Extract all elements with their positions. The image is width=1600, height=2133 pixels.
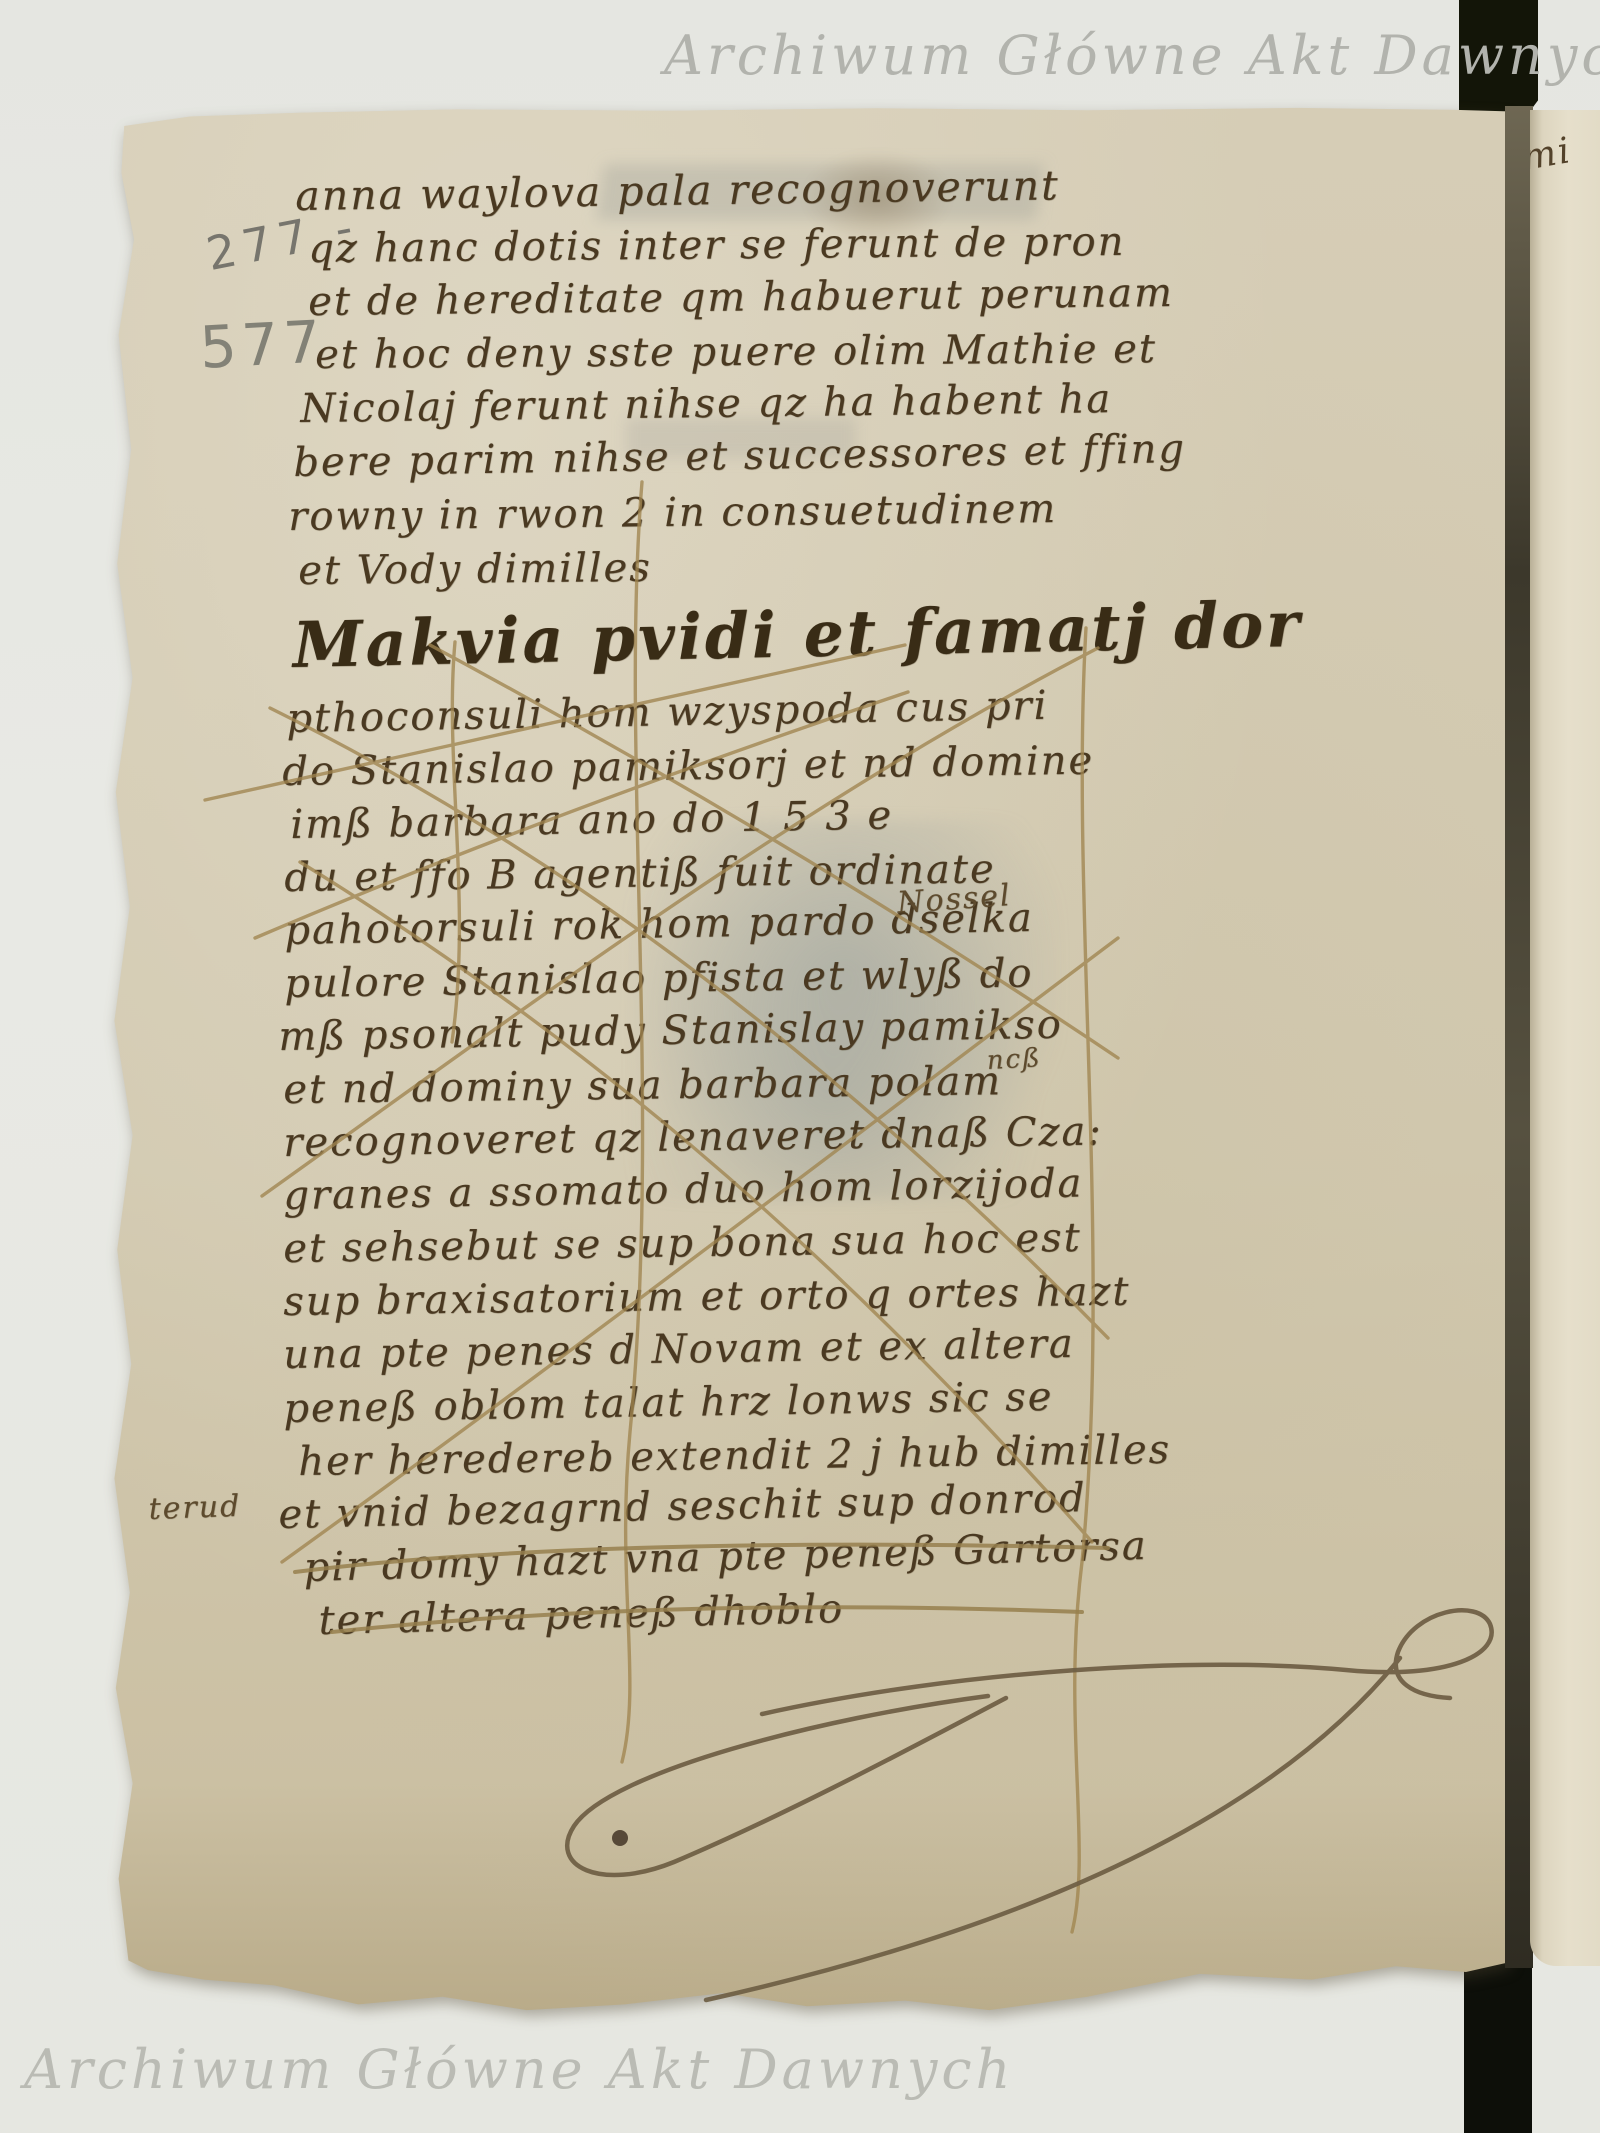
adjacent-page-text-fragment: mi — [1530, 130, 1575, 179]
book-gutter — [1505, 106, 1533, 1968]
adjacent-page-edge: mi — [1530, 110, 1600, 1966]
manuscript-line: et hoc deny sste puere olim Mathie et — [315, 326, 1157, 378]
manuscript-line: sup braxisatorium et orto q ortes hazt — [283, 1269, 1131, 1325]
manuscript-line: et nd dominy sua barbara polam — [283, 1058, 1002, 1113]
interlinear-insertion: ncß — [986, 1043, 1042, 1076]
manuscript-line: peneß oblom talat hrz lonws sic se — [283, 1374, 1054, 1432]
scanned-document: Archiwum Główne Akt Dawnych 277 - 577 an… — [0, 0, 1600, 2133]
manuscript-line: qz hanc dotis inter se ferunt de pron — [308, 219, 1126, 272]
archive-watermark-bottom: Archiwum Główne Akt Dawnych — [24, 2038, 1014, 2101]
manuscript-line: ter altera peneß dhoblo — [318, 1586, 845, 1644]
manuscript-line: du et ffo B agentiß fuit ordinate — [284, 846, 996, 901]
manuscript-line: anna waylova pala recognoverunt — [295, 161, 1060, 220]
manuscript-line: imß barbara ano do 1 5 3 e — [290, 793, 893, 848]
manuscript-line: Nicolaj ferunt nihse qz ha habent ha — [300, 376, 1112, 432]
manuscript-line: granes a ssomato duo hom lorzijoda — [283, 1160, 1084, 1219]
manuscript-page: 277 - 577 anna waylova pala recognoverun… — [106, 106, 1508, 2012]
marginal-note: terud — [148, 1489, 242, 1527]
black-ribbon-bottom — [1464, 1956, 1532, 2133]
manuscript-text-block: anna waylova pala recognoveruntqz hanc d… — [106, 106, 1508, 2012]
manuscript-line: do Stanislao pamiksorj et nd domine — [282, 738, 1094, 795]
manuscript-line: recognoveret qz lenaveret dnaß Cza: — [283, 1109, 1103, 1166]
manuscript-line: pulore Stanislao pfista et wlyß do — [284, 951, 1034, 1007]
manuscript-line: rowny in rwon 2 in consuetudinem — [288, 486, 1057, 540]
manuscript-line: et Vody dimilles — [298, 545, 652, 594]
entry-heading: Makvia pvidi et famatj dor — [292, 587, 1303, 682]
manuscript-line: una pte penes d Novam et ex altera — [283, 1321, 1075, 1378]
manuscript-line: mß psonalt pudy Stanislay pamikso — [278, 1002, 1063, 1060]
manuscript-line: et sehsebut se sup bona sua hoc est — [283, 1215, 1082, 1272]
manuscript-line: et de hereditate qm habuerut perunam — [308, 270, 1174, 325]
archive-watermark-top: Archiwum Główne Akt Dawnych — [664, 24, 1600, 87]
manuscript-line: pthoconsuli hom wzyspoda cus pri — [286, 683, 1049, 742]
manuscript-line: bere parim nihse et successores et ffing — [293, 426, 1186, 486]
